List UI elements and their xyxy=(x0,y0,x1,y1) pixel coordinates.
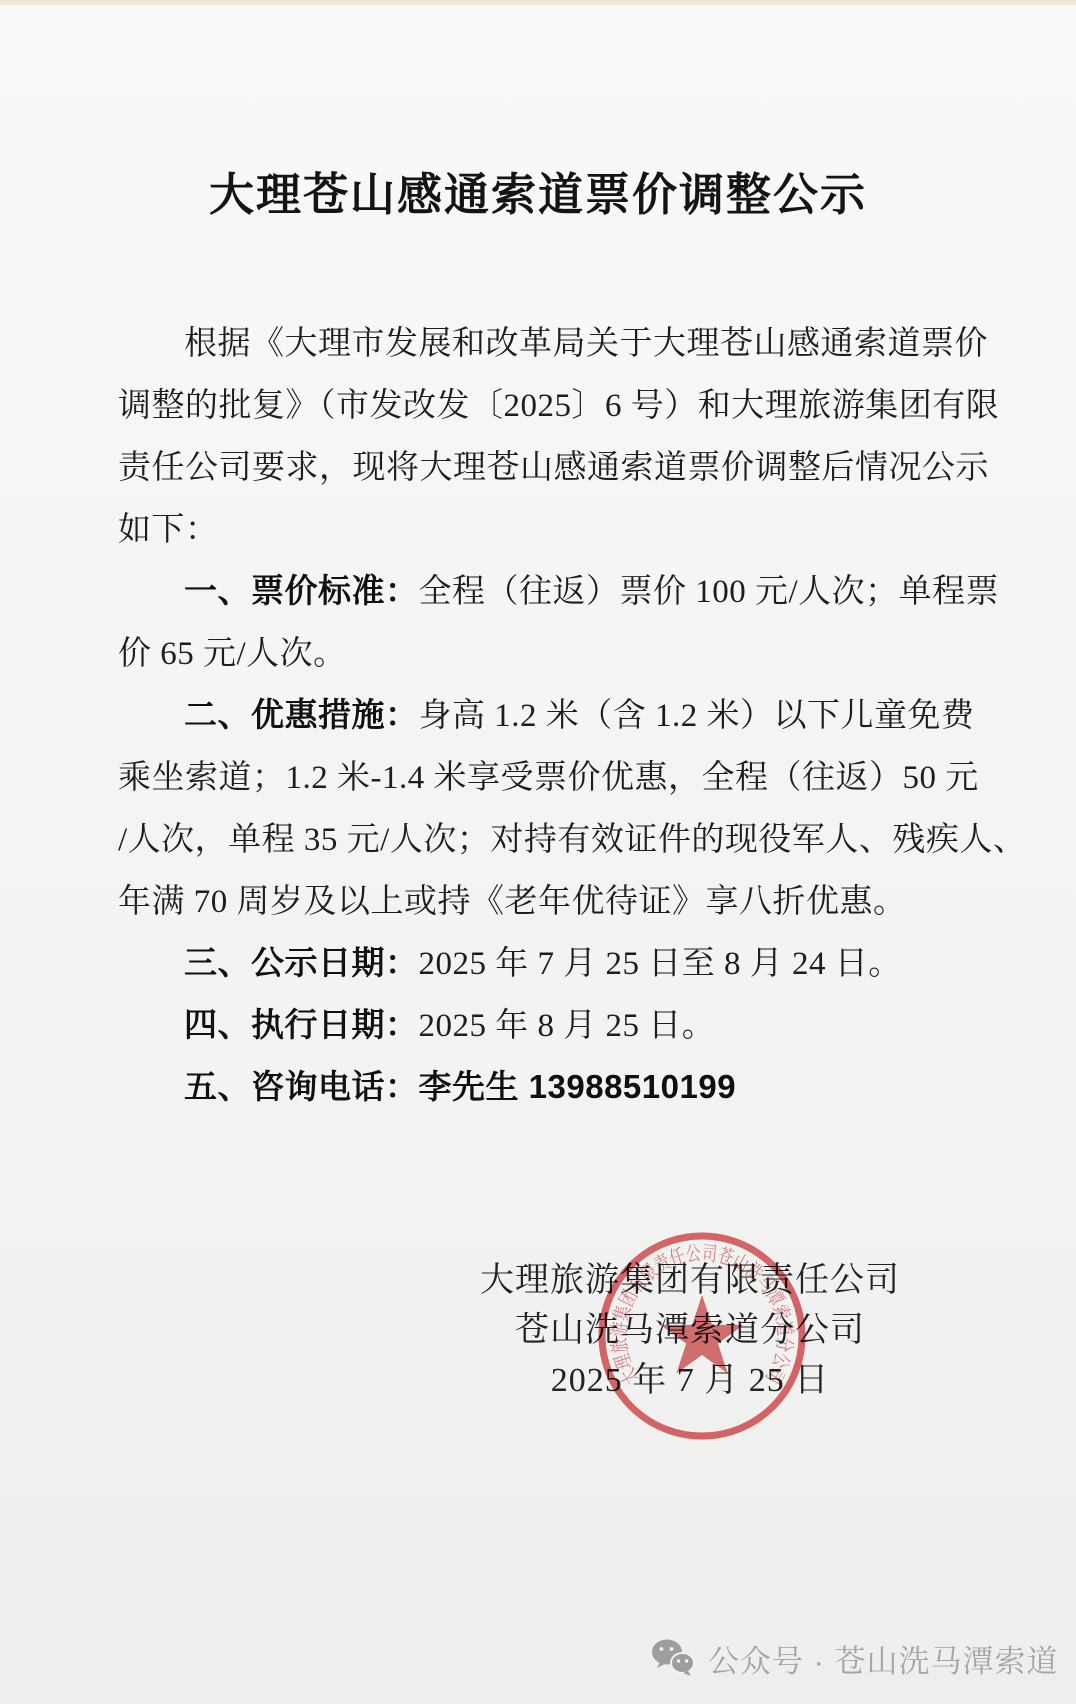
paragraph-line: 年满 70 周岁及以上或持《老年优待证》享八折优惠。 xyxy=(118,870,990,932)
signature-block: 大理旅游集团有限责任公司 苍山洗马潭索道分公司 2025 年 7 月 25 日 xyxy=(420,1256,960,1406)
announcement-photo: 大理苍山感通索道票价调整公示 根据《大理市发展和改革局关于大理苍山感通索道票价 … xyxy=(0,0,1076,1704)
signature-company: 大理旅游集团有限责任公司 xyxy=(420,1256,960,1306)
wechat-account-label: 公众号 · 苍山洗马潭索道 xyxy=(708,1636,1059,1681)
paragraph-line: 价 65 元/人次。 xyxy=(118,622,990,684)
paragraph-line: 根据《大理市发展和改革局关于大理苍山感通索道票价 xyxy=(118,312,990,374)
wechat-icon xyxy=(650,1637,696,1679)
document-body: 根据《大理市发展和改革局关于大理苍山感通索道票价 调整的批复》（市发改发〔202… xyxy=(118,312,990,1118)
paragraph-line: 乘坐索道；1.2 米-1.4 米享受票价优惠，全程（往返）50 元 xyxy=(118,746,990,808)
paragraph-line: 责任公司要求，现将大理苍山感通索道票价调整后情况公示 xyxy=(118,436,990,498)
signature-date: 2025 年 7 月 25 日 xyxy=(420,1356,960,1406)
paragraph-line: 调整的批复》（市发改发〔2025〕6 号）和大理旅游集团有限 xyxy=(118,374,990,436)
paragraph-line: /人次，单程 35 元/人次；对持有效证件的现役军人、残疾人、 xyxy=(118,808,990,870)
item-ticket-price: 一、票价标准：全程（往返）票价 100 元/人次；单程票 xyxy=(118,560,990,622)
page-title: 大理苍山感通索道票价调整公示 xyxy=(0,158,1076,223)
signature-branch: 苍山洗马潭索道分公司 xyxy=(420,1306,960,1356)
item-contact-phone: 五、咨询电话：李先生 13988510199 xyxy=(118,1056,990,1118)
wechat-footer: 公众号 · 苍山洗马潭索道 xyxy=(650,1634,1059,1682)
item-notice-period: 三、公示日期：2025 年 7 月 25 日至 8 月 24 日。 xyxy=(118,932,990,994)
photo-top-edge xyxy=(0,0,1076,5)
item-effective-date: 四、执行日期：2025 年 8 月 25 日。 xyxy=(118,994,990,1056)
item-discount-policy: 二、优惠措施：身高 1.2 米（含 1.2 米）以下儿童免费 xyxy=(118,684,990,746)
paragraph-line: 如下： xyxy=(118,498,990,560)
